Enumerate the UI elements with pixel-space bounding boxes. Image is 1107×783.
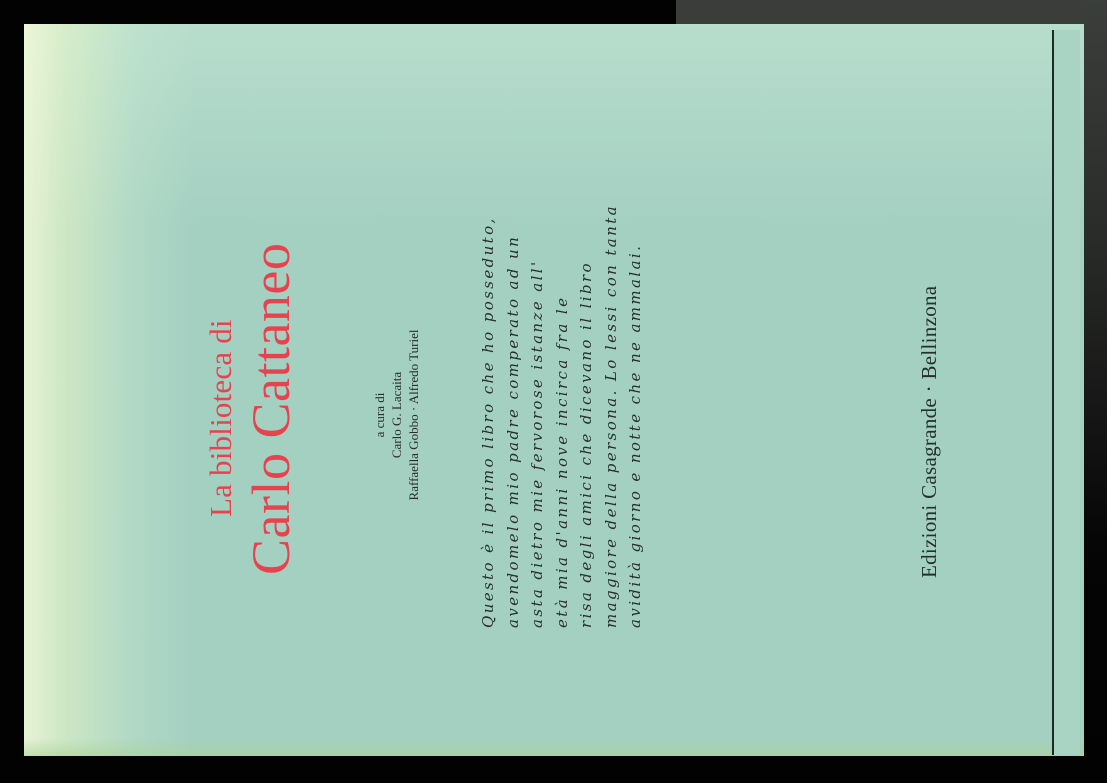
handwriting-line: età mia d'anni nove incirca fra le — [550, 204, 575, 628]
handwritten-quote: Questo è il primo libro che ho posseduto… — [476, 204, 648, 628]
handwriting-line: Questo è il primo libro che ho posseduto… — [476, 204, 501, 628]
publisher-imprint: Edizioni Casagrande · Bellinzona — [917, 286, 942, 578]
background-surface-right — [1082, 0, 1107, 783]
cover-title-line2: Carlo Cattaneo — [240, 243, 302, 575]
editors-intro: a cura di — [371, 310, 388, 520]
handwriting-line: avidità giorno e notte che ne ammalai. — [623, 204, 648, 628]
handwriting-line: maggiore della persona. Lo lessi con tan… — [599, 204, 624, 628]
background-surface — [676, 0, 1107, 26]
editor-names: Raffaella Gobbo · Alfredo Turiel — [405, 310, 422, 520]
editors-block: a cura di Carlo G. Lacaita Raffaella Gob… — [371, 310, 422, 520]
handwriting-line: asta dietro mie fervorose istanze all' — [525, 204, 550, 628]
handwriting-line: risa degli amici che dicevano il libro — [574, 204, 599, 628]
cover-bottom-edge — [24, 738, 1084, 756]
cover-title-line1: La biblioteca di — [203, 319, 239, 517]
editor-name: Carlo G. Lacaita — [388, 310, 405, 520]
handwriting-line: avendomelo mio padre comperato ad un — [501, 204, 526, 628]
book-spine-edge — [1052, 30, 1080, 755]
